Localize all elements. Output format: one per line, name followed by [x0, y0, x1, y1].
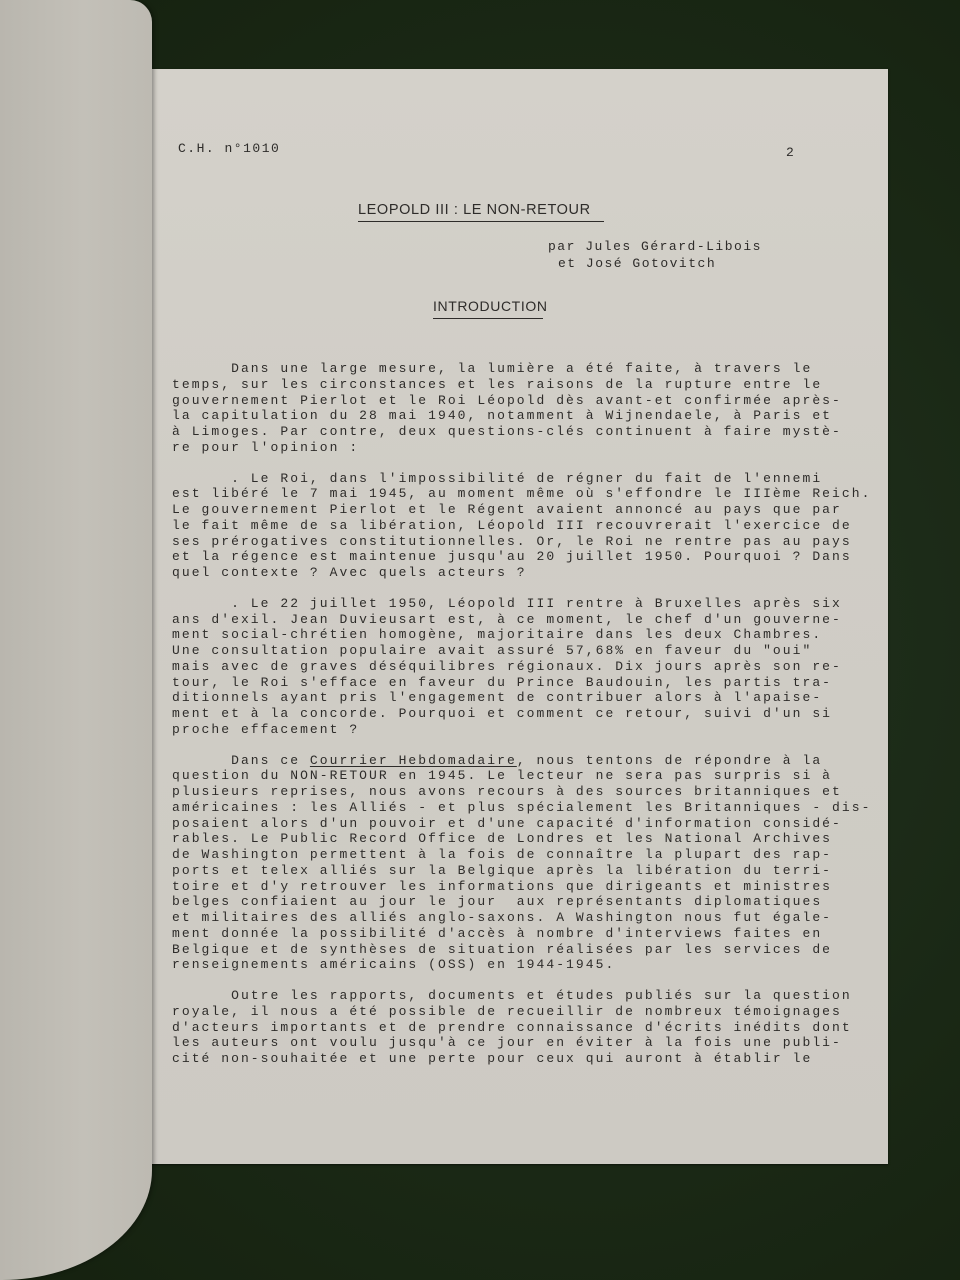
text-line: question du NON-RETOUR en 1945. Le lecte… — [172, 768, 872, 784]
text-line: ans d'exil. Jean Duvieusart est, à ce mo… — [172, 612, 872, 628]
document-title: LEOPOLD III : LE NON-RETOUR — [358, 202, 604, 222]
text-line: plusieurs reprises, nous avons recours à… — [172, 784, 872, 800]
text-line: gouvernement Pierlot et le Roi Léopold d… — [172, 393, 872, 409]
document-reference: C.H. n°1010 — [178, 141, 280, 156]
text-line: d'acteurs importants et de prendre conna… — [172, 1020, 872, 1036]
paragraph-4: Dans ce Courrier Hebdomadaire, nous tent… — [172, 753, 872, 974]
body-text: Dans une large mesure, la lumière a été … — [172, 361, 872, 1082]
text-line: belges confiaient au jour le jour aux re… — [172, 894, 872, 910]
paragraph-3: . Le 22 juillet 1950, Léopold III rentre… — [172, 596, 872, 738]
text-line: temps, sur les circonstances et les rais… — [172, 377, 872, 393]
text-fragment: Dans ce — [172, 753, 310, 768]
text-line: ment et à la concorde. Pourquoi et comme… — [172, 706, 872, 722]
paragraph-1: Dans une large mesure, la lumière a été … — [172, 361, 872, 456]
text-line: ses prérogatives constitutionnelles. Or,… — [172, 534, 872, 550]
text-line: rables. Le Public Record Office de Londr… — [172, 831, 872, 847]
text-line: quel contexte ? Avec quels acteurs ? — [172, 565, 872, 581]
page-number: 2 — [786, 145, 794, 160]
text-line: à Limoges. Par contre, deux questions-cl… — [172, 424, 872, 440]
authors-line-2: et José Gotovitch — [548, 256, 762, 273]
text-line: Une consultation populaire avait assuré … — [172, 643, 872, 659]
text-line: Belgique et de synthèses de situation ré… — [172, 942, 872, 958]
text-line: et la régence est maintenue jusqu'au 20 … — [172, 549, 872, 565]
document-page: C.H. n°1010 2 LEOPOLD III : LE NON-RETOU… — [150, 69, 888, 1164]
text-line: ment social-chrétien homogène, majoritai… — [172, 627, 872, 643]
text-line: proche effacement ? — [172, 722, 872, 738]
text-line-with-publication: Dans ce Courrier Hebdomadaire, nous tent… — [172, 753, 872, 769]
text-line: royale, il nous a été possible de recuei… — [172, 1004, 872, 1020]
publication-name-underlined: Courrier Hebdomadaire — [310, 753, 517, 768]
text-line: mais avec de graves déséquilibres région… — [172, 659, 872, 675]
text-line: américaines : les Alliés - et plus spéci… — [172, 800, 872, 816]
authors-block: par Jules Gérard-Libois et José Gotovitc… — [548, 239, 762, 272]
text-line: tour, le Roi s'efface en faveur du Princ… — [172, 675, 872, 691]
authors-line-1: par Jules Gérard-Libois — [548, 239, 762, 256]
text-line: renseignements américains (OSS) en 1944-… — [172, 957, 872, 973]
text-line: toire et d'y retrouver les informations … — [172, 879, 872, 895]
text-line: de Washington permettent à la fois de co… — [172, 847, 872, 863]
text-line: re pour l'opinion : — [172, 440, 872, 456]
text-line: Le gouvernement Pierlot et le Régent ava… — [172, 502, 872, 518]
text-line: la capitulation du 28 mai 1940, notammen… — [172, 408, 872, 424]
text-line: Outre les rapports, documents et études … — [172, 988, 872, 1004]
facing-page-curl — [0, 0, 152, 1280]
text-fragment: , nous tentons de répondre à la — [517, 753, 822, 768]
text-line: . Le 22 juillet 1950, Léopold III rentre… — [172, 596, 872, 612]
text-line: posaient alors d'un pouvoir et d'une cap… — [172, 816, 872, 832]
text-line: les auteurs ont voulu jusqu'à ce jour en… — [172, 1035, 872, 1051]
text-line: ditionnels ayant pris l'engagement de co… — [172, 690, 872, 706]
text-line: le fait même de sa libération, Léopold I… — [172, 518, 872, 534]
paragraph-5: Outre les rapports, documents et études … — [172, 988, 872, 1067]
text-line: ment donnée la possibilité d'accès à nom… — [172, 926, 872, 942]
text-line: et militaires des alliés anglo-saxons. A… — [172, 910, 872, 926]
text-line: . Le Roi, dans l'impossibilité de régner… — [172, 471, 872, 487]
text-line: Dans une large mesure, la lumière a été … — [172, 361, 872, 377]
section-heading: INTRODUCTION — [433, 298, 543, 319]
paragraph-2: . Le Roi, dans l'impossibilité de régner… — [172, 471, 872, 581]
text-line: cité non-souhaitée et une perte pour ceu… — [172, 1051, 872, 1067]
text-line: ports et telex alliés sur la Belgique ap… — [172, 863, 872, 879]
text-line: est libéré le 7 mai 1945, au moment même… — [172, 486, 872, 502]
